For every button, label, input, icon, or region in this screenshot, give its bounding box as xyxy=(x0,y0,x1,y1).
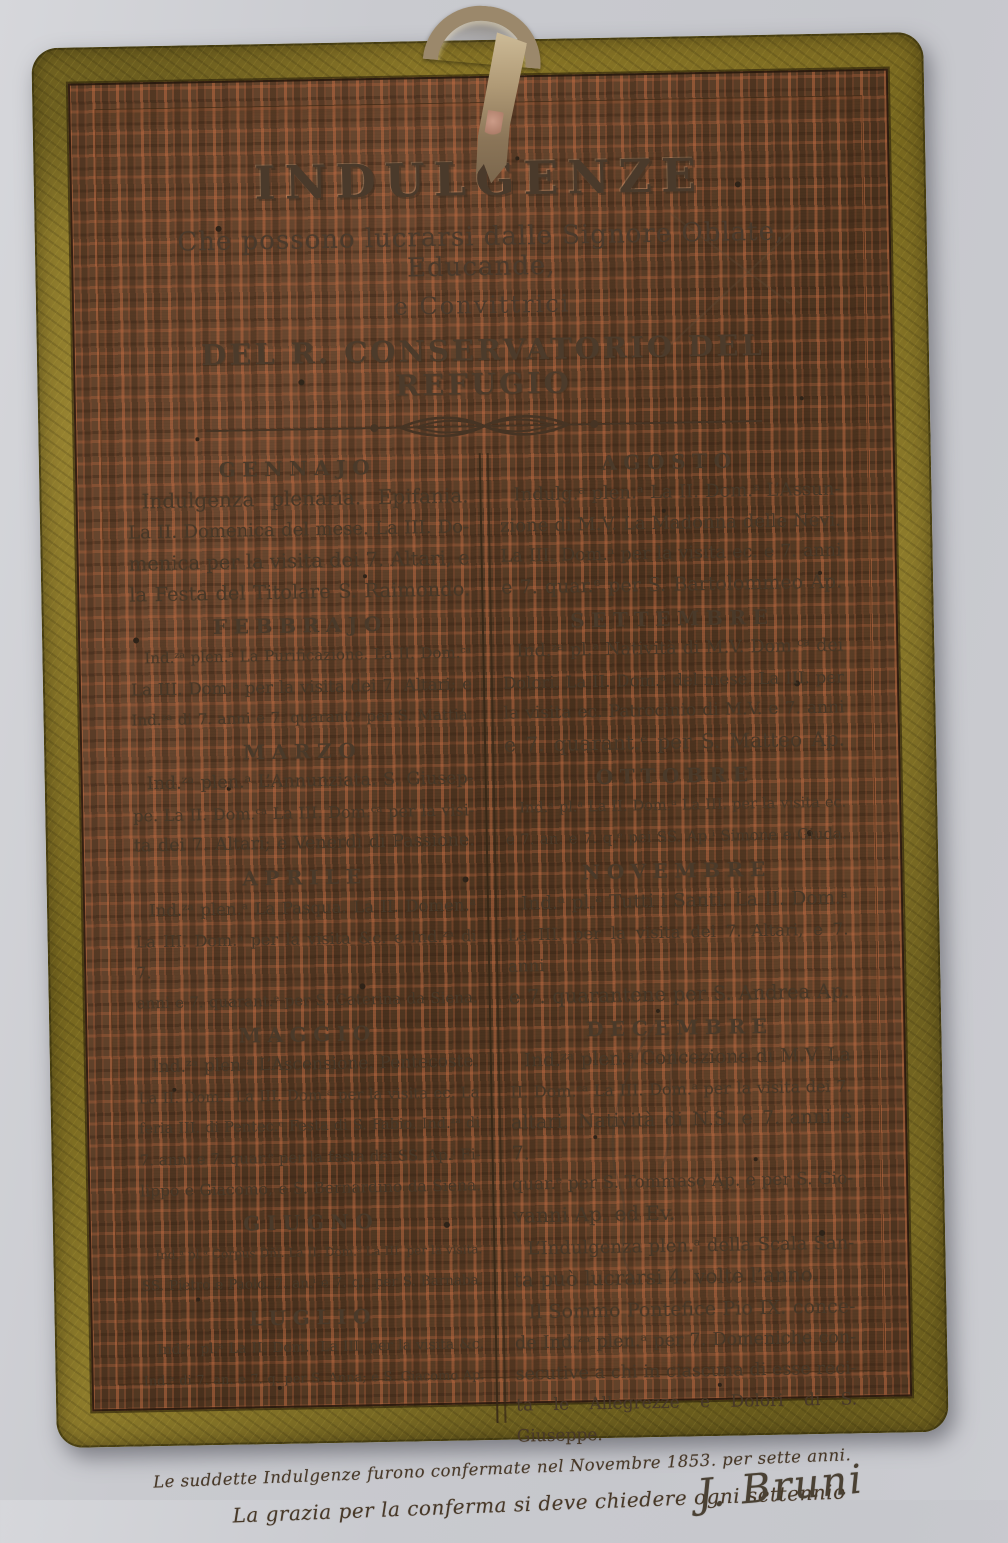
month-section-maggio: MAGGIO Ind.ᶻᵃ plen.ᵃ L’Ascensione. Pente… xyxy=(137,1016,481,1207)
text-line: anni e 7. quarant.ᵉ per S. Caterina da S… xyxy=(136,982,478,1019)
text-line: lippo e Giacomo, e S. Bernardino da Sien… xyxy=(140,1170,482,1207)
text-line: Ind.ᶻᵃ di 7. anni e 7. quarant.ᵉ per S. … xyxy=(131,699,473,736)
column-right: AGOSTO Indulg.ᵃ plen.ᵃ La II. Dom.ᵃ L’As… xyxy=(499,441,858,1453)
text-line: e 7. quarantene per S. Andrea Ap. xyxy=(508,975,850,1012)
text-line: e 7. quarant.ᵉ per S. Matteo Ap. xyxy=(504,723,846,760)
pen-flourish xyxy=(559,1016,734,1289)
two-column-body: GENNAJO Indulgenza plenaria. Epifania. L… xyxy=(127,440,861,1459)
text-line: e 7. quar.ᵉ per S. Bartolommeo Ap. xyxy=(501,567,843,604)
paragraph-pio-ix: Il Sommo Pontefice Pio IX. conce- de Ind… xyxy=(514,1291,858,1452)
column-left: GENNAJO Indulgenza plenaria. Epifania. L… xyxy=(127,447,486,1459)
ink-speck-layer xyxy=(94,109,98,113)
month-section-settembre: SETTEMBRE Ind.ᶻᵃ pl.ᵃ Natività di M.V. D… xyxy=(502,601,846,761)
text-line: ta dei 7. Altari; e Venerdì di Passione. xyxy=(134,825,476,862)
month-section-agosto: AGOSTO Indulg.ᵃ plen.ᵃ La II. Dom.ᵃ L’As… xyxy=(499,444,843,604)
institution-line: DEL R. CONSERVATORIO DEL REFUGIO xyxy=(125,327,842,408)
ribbon-hanger xyxy=(416,0,567,73)
text-line: La III. Dom.ᵃ per la visita &c. e Ind.ᶻᵃ… xyxy=(135,920,477,988)
month-section-marzo: MARZO Ind.ᶻᵃ plen.ᵃ L’Annunziata. S. Giu… xyxy=(132,733,475,862)
month-section-gennajo: GENNAJO Indulgenza plenaria. Epifania. L… xyxy=(127,450,471,610)
text-line: Ind.ᵃ di 7. an. e 7. q. per S. Anna; e S… xyxy=(143,1360,485,1397)
ribbon-loop xyxy=(423,1,546,69)
month-section-ottobre: OTTOBRE Ind.ᵃ pl.ᵃ La II. Dom.ᵃ La III. … xyxy=(504,757,847,855)
paper-document: INDULGENZE Che possono lucrarsi dalle Si… xyxy=(94,95,885,1385)
subtitle-line-1: Che possono lucrarsi dalle Signore Oblat… xyxy=(123,216,840,289)
month-section-aprile: APRILE Ind.ᶻᵃ plen.ᵃ La Pasqua. La II. D… xyxy=(134,859,478,1019)
month-section-luglio: LUGLIO Ind.ᶻᵃ pl.ᵃ La II. Dom.ᵃ La III. … xyxy=(142,1299,485,1397)
divider-ornament xyxy=(204,408,764,444)
month-section-febbrajo: FEBBRAJO Ind.ᶻᵃ plen.ᵃ La Purificazione.… xyxy=(130,607,473,736)
month-section-giugno: GIUGNO Ind.ᵃ pl.ᵃ Corpus Dñi. La II. Dom… xyxy=(141,1204,484,1302)
text-line: la Festa del Titolare S. Raimondo. xyxy=(129,573,471,610)
text-line: SS. Pietro e Paolo. 7. an.ⁱ e 7. q.ᵉ per… xyxy=(142,1265,484,1302)
month-section-novembre: NOVEMBRE Ind.ᵃ pl.ᵃ Tutti i Santi. La II… xyxy=(506,852,850,1012)
text-line: La III. per la visita dei 7. Altari, e 7… xyxy=(507,913,849,981)
masthead: INDULGENZE Che possono lucrarsi dalle Si… xyxy=(121,120,843,450)
subtitle-line-2: e Convittrici xyxy=(124,285,840,326)
framed-tablet: INDULGENZE Che possono lucrarsi dalle Si… xyxy=(31,32,949,1448)
text-line: e 7. an. e 7. q.ᵉ pei SS. Ap.ⁱ Simone e … xyxy=(506,818,848,855)
